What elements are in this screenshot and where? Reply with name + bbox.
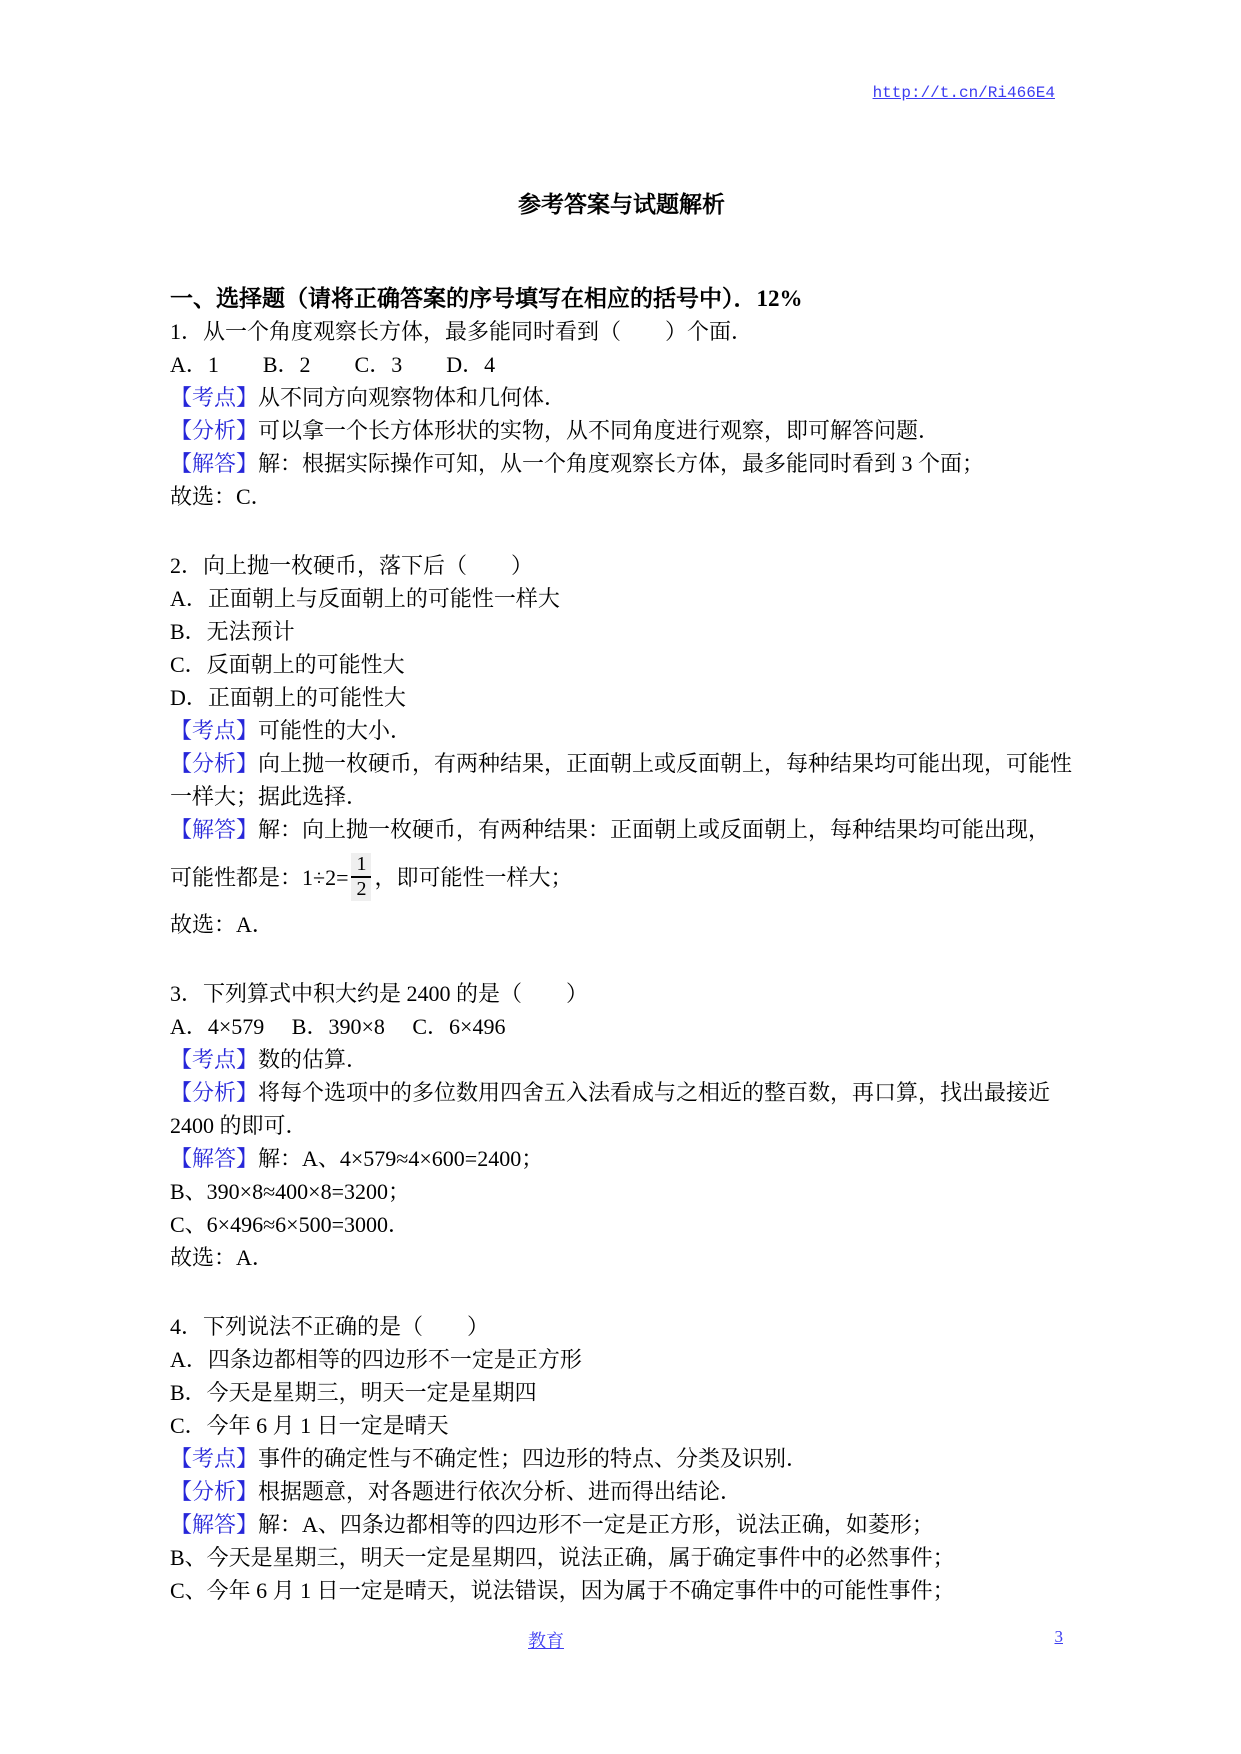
q2-fenxi-line: 【分析】向上抛一枚硬币，有两种结果，正面朝上或反面朝上，每种结果均可能出现，可能… xyxy=(170,747,1073,813)
question-gap xyxy=(170,1274,1073,1310)
q3-kaodian-line: 【考点】数的估算． xyxy=(170,1043,1073,1076)
q1-kaodian-line: 【考点】从不同方向观察物体和几何体． xyxy=(170,381,1073,414)
kaodian-tag: 【考点】 xyxy=(170,718,258,743)
q2-kaodian-text: 可能性的大小． xyxy=(258,718,412,743)
q1-jieda-line: 【解答】解：根据实际操作可知，从一个角度观察长方体，最多能同时看到 3 个面； xyxy=(170,447,1073,480)
q2-stem: 2．向上抛一枚硬币，落下后（ ） xyxy=(170,549,1073,582)
source-url-link[interactable]: http://t.cn/Ri466E4 xyxy=(873,84,1055,102)
page-title: 参考答案与试题解析 xyxy=(170,190,1073,220)
q2-option-b: B．无法预计 xyxy=(170,615,1073,648)
q2-jieda-text: 解：向上抛一枚硬币，有两种结果：正面朝上或反面朝上，每种结果均可能出现， xyxy=(258,817,1050,842)
q2-jieda-line1: 【解答】解：向上抛一枚硬币，有两种结果：正面朝上或反面朝上，每种结果均可能出现， xyxy=(170,813,1073,846)
q4-option-c: C．今年 6 月 1 日一定是晴天 xyxy=(170,1409,1073,1442)
q3-options: A．4×579 B．390×8 C．6×496 xyxy=(170,1010,1073,1043)
q1-jieda-text: 解：根据实际操作可知，从一个角度观察长方体，最多能同时看到 3 个面； xyxy=(258,451,984,476)
question-gap xyxy=(170,941,1073,977)
q1-choice: 故选：C． xyxy=(170,480,1073,513)
jieda-tag: 【解答】 xyxy=(170,1146,258,1171)
q3-jieda-b: B、390×8≈400×8=3200； xyxy=(170,1175,1073,1208)
jieda-tag: 【解答】 xyxy=(170,451,258,476)
jieda-tag: 【解答】 xyxy=(170,817,258,842)
q1-kaodian-text: 从不同方向观察物体和几何体． xyxy=(258,385,566,410)
q2-kaodian-line: 【考点】可能性的大小． xyxy=(170,714,1073,747)
fenxi-tag: 【分析】 xyxy=(170,418,258,443)
q4-jieda-a-text: 解：A、四条边都相等的四边形不一定是正方形，说法正确，如菱形； xyxy=(258,1512,934,1537)
q3-choice: 故选：A． xyxy=(170,1241,1073,1274)
q4-fenxi-line: 【分析】根据题意，对各题进行依次分析、进而得出结论． xyxy=(170,1475,1073,1508)
q4-option-b: B．今天是星期三，明天一定是星期四 xyxy=(170,1376,1073,1409)
q3-fenxi-text: 将每个选项中的多位数用四舍五入法看成与之相近的整百数，再口算，找出最接近 240… xyxy=(170,1080,1050,1138)
q2-option-c: C．反面朝上的可能性大 xyxy=(170,648,1073,681)
footer-page-number-link[interactable]: 3 xyxy=(1055,1627,1064,1647)
q2-option-d: D．正面朝上的可能性大 xyxy=(170,681,1073,714)
fenxi-tag: 【分析】 xyxy=(170,1080,258,1105)
kaodian-tag: 【考点】 xyxy=(170,385,258,410)
fenxi-tag: 【分析】 xyxy=(170,751,258,776)
q4-jieda-a: 【解答】解：A、四条边都相等的四边形不一定是正方形，说法正确，如菱形； xyxy=(170,1508,1073,1541)
q4-kaodian-text: 事件的确定性与不确定性；四边形的特点、分类及识别． xyxy=(258,1446,808,1471)
q4-stem: 4．下列说法不正确的是（ ） xyxy=(170,1310,1073,1343)
kaodian-tag: 【考点】 xyxy=(170,1446,258,1471)
q4-jieda-b: B、今天是星期三，明天一定是星期四，说法正确，属于确定事件中的必然事件； xyxy=(170,1541,1073,1574)
document-body: 参考答案与试题解析 一、选择题（请将正确答案的序号填写在相应的括号中）．12% … xyxy=(170,190,1073,1607)
kaodian-tag: 【考点】 xyxy=(170,1047,258,1072)
q3-kaodian-text: 数的估算． xyxy=(258,1047,368,1072)
fraction-numerator: 1 xyxy=(351,853,371,878)
fenxi-tag: 【分析】 xyxy=(170,1479,258,1504)
document-page: http://t.cn/Ri466E4 参考答案与试题解析 一、选择题（请将正确… xyxy=(0,0,1241,1754)
q2-choice: 故选：A． xyxy=(170,908,1073,941)
jieda-tag: 【解答】 xyxy=(170,1512,258,1537)
q2-fraction-post-text: ，即可能性一样大； xyxy=(374,861,572,894)
fraction-denominator: 2 xyxy=(351,878,371,901)
q1-options: A．1 B．2 C．3 D．4 xyxy=(170,348,1073,381)
q4-option-a: A．四条边都相等的四边形不一定是正方形 xyxy=(170,1343,1073,1376)
q2-fenxi-text: 向上抛一枚硬币，有两种结果，正面朝上或反面朝上，每种结果均可能出现，可能性一样大… xyxy=(170,751,1072,809)
q1-fenxi-line: 【分析】可以拿一个长方体形状的实物，从不同角度进行观察，即可解答问题． xyxy=(170,414,1073,447)
q4-fenxi-text: 根据题意，对各题进行依次分析、进而得出结论． xyxy=(258,1479,742,1504)
q4-jieda-c: C、今年 6 月 1 日一定是晴天，说法错误，因为属于不确定事件中的可能性事件； xyxy=(170,1574,1073,1607)
question-gap xyxy=(170,513,1073,549)
section-heading: 一、选择题（请将正确答案的序号填写在相应的括号中）．12% xyxy=(170,282,1073,315)
q3-fenxi-line: 【分析】将每个选项中的多位数用四舍五入法看成与之相近的整百数，再口算，找出最接近… xyxy=(170,1076,1073,1142)
q3-jieda-a-text: 解：A、4×579≈4×600=2400； xyxy=(258,1146,543,1171)
q1-fenxi-text: 可以拿一个长方体形状的实物，从不同角度进行观察，即可解答问题． xyxy=(258,418,940,443)
q2-option-a: A．正面朝上与反面朝上的可能性一样大 xyxy=(170,582,1073,615)
footer-site-link[interactable]: 教育 xyxy=(528,1627,564,1653)
fraction-one-half: 1 2 xyxy=(351,853,371,901)
q2-fraction-pre-text: 可能性都是：1÷2= xyxy=(170,861,348,894)
q3-jieda-c: C、6×496≈6×500=3000． xyxy=(170,1208,1073,1241)
q4-kaodian-line: 【考点】事件的确定性与不确定性；四边形的特点、分类及识别． xyxy=(170,1442,1073,1475)
q1-stem: 1．从一个角度观察长方体，最多能同时看到（ ）个面． xyxy=(170,315,1073,348)
q2-jieda-fraction-line: 可能性都是：1÷2= 1 2 ，即可能性一样大； xyxy=(170,846,1073,908)
q3-stem: 3．下列算式中积大约是 2400 的是（ ） xyxy=(170,977,1073,1010)
q3-jieda-a: 【解答】解：A、4×579≈4×600=2400； xyxy=(170,1142,1073,1175)
